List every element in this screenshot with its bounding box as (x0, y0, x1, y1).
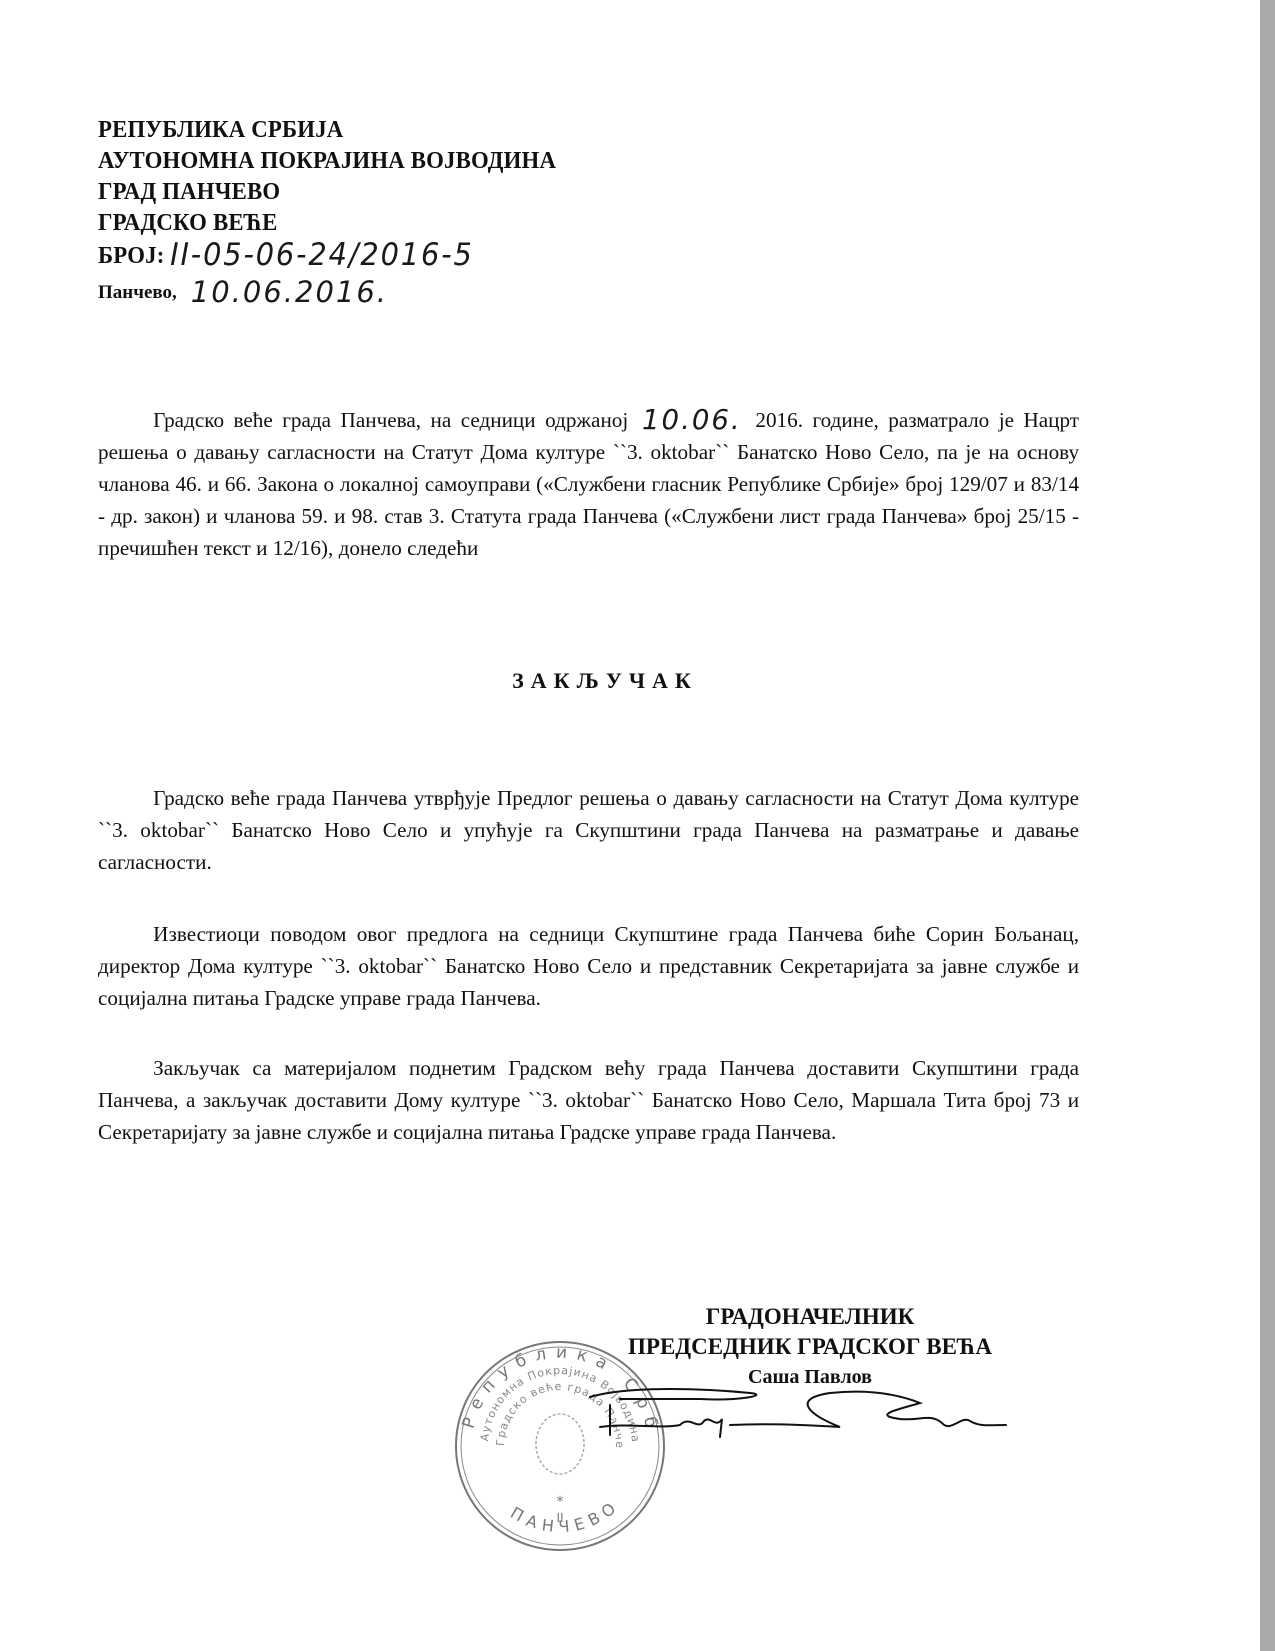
document-title: ЗАКЉУЧАК (0, 668, 1210, 694)
paragraph-text: Закључак са материјалом поднетим Градско… (98, 1056, 1079, 1144)
signatory-title-president: ПРЕДСЕДНИК ГРАДСКОГ ВЕЋА (590, 1332, 1030, 1362)
date-handwritten: 10.06.2016. (191, 275, 388, 309)
header-line-republic: РЕПУБЛИКА СРБИЈА (98, 114, 556, 145)
session-date-handwritten: 10.06. (642, 403, 742, 436)
document-header: РЕПУБЛИКА СРБИЈА АУТОНОМНА ПОКРАЈИНА ВОЈ… (98, 114, 591, 305)
document-number-line: БРОЈ:II-05-06-24/2016-5 (98, 238, 556, 271)
conclusion-paragraph-1: Градско веће града Панчева утврђује Пред… (98, 782, 1079, 878)
place-date-line: Панчево,10.06.2016. (98, 271, 591, 305)
signature-block: ГРАДОНАЧЕЛНИК ПРЕДСЕДНИК ГРАДСКОГ ВЕЋА С… (590, 1302, 1030, 1392)
paragraph-text: Градско веће града Панчева утврђује Пред… (98, 786, 1079, 874)
header-line-council: ГРАДСКО ВЕЋЕ (98, 207, 556, 238)
header-line-province: АУТОНОМНА ПОКРАЈИНА ВОЈВОДИНА (98, 145, 556, 176)
stamp-bottom-text: ПАНЧЕВО (507, 1495, 624, 1536)
place-label: Панчево, (98, 282, 177, 303)
scan-edge-shadow (1260, 0, 1275, 1651)
signatory-title-mayor: ГРАДОНАЧЕЛНИК (590, 1302, 1030, 1332)
document-number-handwritten: II-05-06-24/2016-5 (170, 237, 474, 273)
conclusion-paragraph-2: Известиоци поводом овог предлога на седн… (98, 918, 1079, 1014)
header-line-city: ГРАД ПАНЧЕВО (98, 176, 556, 207)
intro-paragraph: Градско веће града Панчева, на седници о… (98, 402, 1079, 564)
conclusion-paragraph-3: Закључак са материјалом поднетим Градско… (98, 1052, 1079, 1148)
svg-text:*: * (557, 1494, 564, 1510)
paragraph-text: Известиоци поводом овог предлога на седн… (98, 922, 1079, 1010)
intro-text-part1: Градско веће града Панчева, на седници о… (153, 408, 628, 432)
svg-text:ПАНЧЕВО: ПАНЧЕВО (507, 1495, 624, 1536)
stamp-marker: II (556, 1511, 563, 1525)
document-number-label: БРОЈ: (98, 242, 164, 269)
handwritten-signature-icon (570, 1385, 1010, 1445)
